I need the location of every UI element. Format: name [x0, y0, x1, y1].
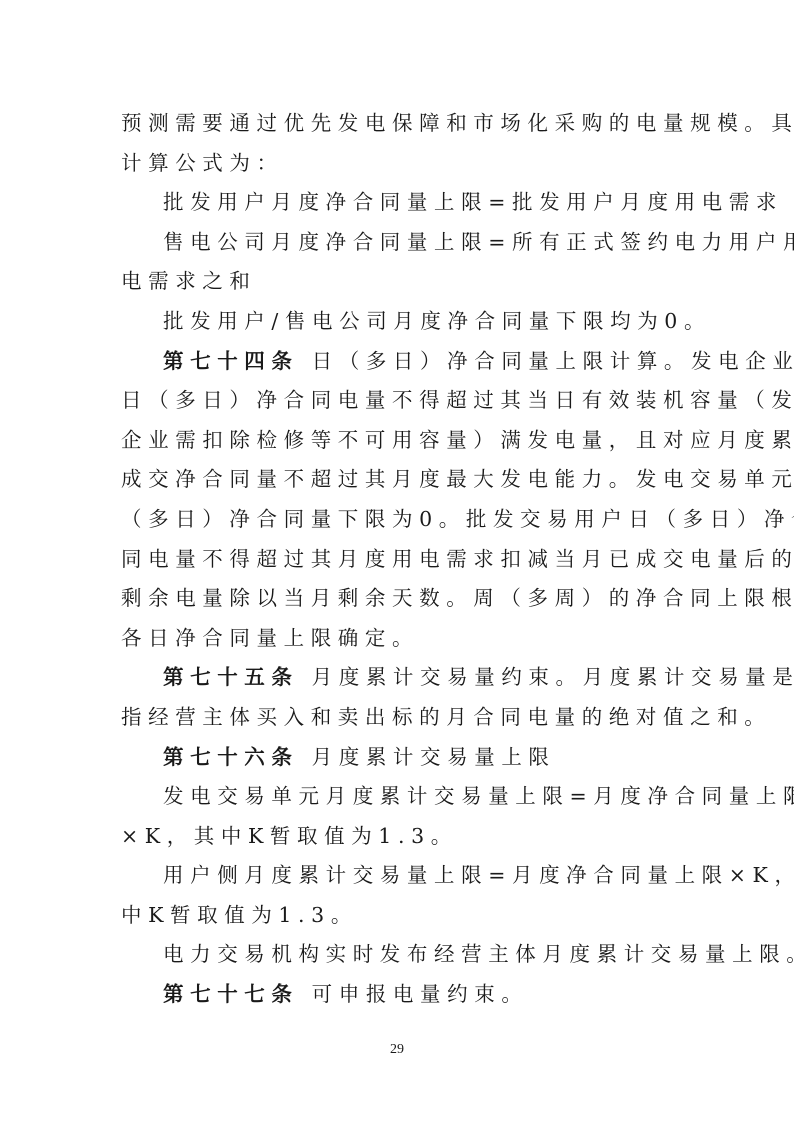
- article-heading: 第七十五条: [163, 665, 299, 689]
- formula-line: 发电交易单元月度累计交易量上限=月度净合同量上限: [121, 777, 677, 817]
- formula-line: 批发用户月度净合同量上限=批发用户月度用电需求: [121, 183, 677, 223]
- formula-line: 售电公司月度净合同量上限=所有正式签约电力用户用: [121, 223, 677, 263]
- text-line: ×K，其中K暂取值为1.3。: [121, 817, 677, 857]
- formula-line: 用户侧月度累计交易量上限=月度净合同量上限×K，其: [121, 856, 677, 896]
- page-number: 29: [0, 1042, 794, 1058]
- text-line: （多日）净合同量下限为0。批发交易用户日（多日）净合: [121, 500, 677, 540]
- text-line: 同电量不得超过其月度用电需求扣减当月已成交电量后的: [121, 540, 677, 580]
- article-74: 第七十四条 日（多日）净合同量上限计算。发电企业: [121, 342, 677, 382]
- article-76: 第七十六条 月度累计交易量上限: [121, 738, 677, 778]
- text-line: 企业需扣除检修等不可用容量）满发电量，且对应月度累计: [121, 421, 677, 461]
- text-line: 成交净合同量不超过其月度最大发电能力。发电交易单元日: [121, 460, 677, 500]
- article-heading: 第七十四条: [163, 349, 299, 373]
- text-line: 电需求之和: [121, 262, 677, 302]
- article-heading: 第七十七条: [163, 982, 299, 1006]
- article-77: 第七十七条 可申报电量约束。: [121, 975, 677, 1015]
- document-body: 预测需要通过优先发电保障和市场化采购的电量规模。具体 计算公式为： 批发用户月度…: [121, 104, 677, 1015]
- article-75: 第七十五条 月度累计交易量约束。月度累计交易量是: [121, 658, 677, 698]
- text-line: 各日净合同量上限确定。: [121, 619, 677, 659]
- text-line: 日（多日）净合同电量不得超过其当日有效装机容量（发电: [121, 381, 677, 421]
- text-line: 中K暂取值为1.3。: [121, 896, 677, 936]
- text-line: 计算公式为：: [121, 144, 677, 184]
- text-line: 电力交易机构实时发布经营主体月度累计交易量上限。: [121, 935, 677, 975]
- text-line: 批发用户/售电公司月度净合同量下限均为0。: [121, 302, 677, 342]
- article-heading: 第七十六条: [163, 745, 299, 769]
- text-line: 指经营主体买入和卖出标的月合同电量的绝对值之和。: [121, 698, 677, 738]
- text-line: 剩余电量除以当月剩余天数。周（多周）的净合同上限根据: [121, 579, 677, 619]
- text-line: 预测需要通过优先发电保障和市场化采购的电量规模。具体: [121, 104, 677, 144]
